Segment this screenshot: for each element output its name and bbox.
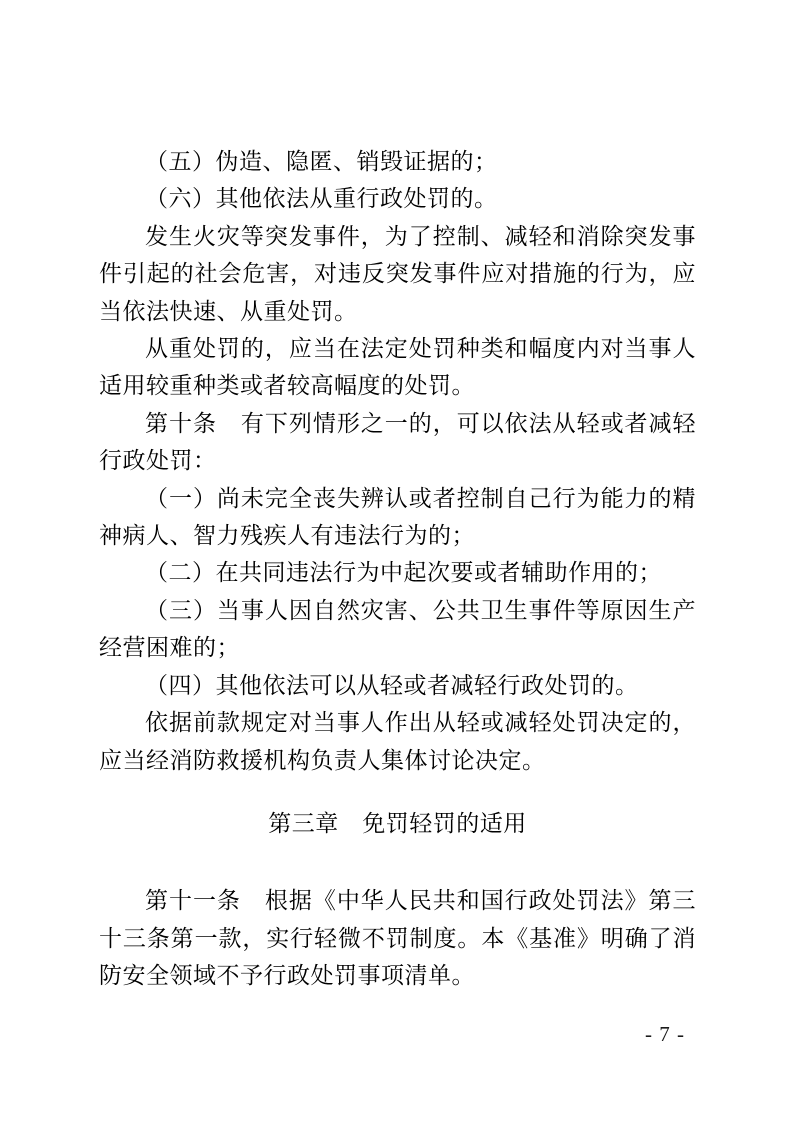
chapter-heading: 第三章 免罚轻罚的适用 [99,805,696,842]
document-body: （五）伪造、隐匿、销毁证据的；（六）其他依法从重行政处罚的。发生火灾等突发事件，… [99,143,696,995]
page-number: - 7 - [645,1022,685,1047]
paragraph: 第十一条 根据《中华人民共和国行政处罚法》第三十三条第一款，实行轻微不罚制度。本… [99,882,696,994]
paragraph: （六）其他依法从重行政处罚的。 [99,180,696,217]
paragraph: （三）当事人因自然灾害、公共卫生事件等原因生产经营困难的； [99,592,696,667]
paragraph: （二）在共同违法行为中起次要或者辅助作用的； [99,554,696,591]
paragraph: 依据前款规定对当事人作出从轻或减轻处罚决定的，应当经消防救援机构负责人集体讨论决… [99,704,696,779]
paragraph: （四）其他依法可以从轻或者减轻行政处罚的。 [99,667,696,704]
paragraph: 从重处罚的，应当在法定处罚种类和幅度内对当事人适用较重种类或者较高幅度的处罚。 [99,330,696,405]
paragraph: 发生火灾等突发事件，为了控制、减轻和消除突发事件引起的社会危害，对违反突发事件应… [99,218,696,330]
paragraph: （五）伪造、隐匿、销毁证据的； [99,143,696,180]
paragraph: 第十条 有下列情形之一的，可以依法从轻或者减轻行政处罚： [99,405,696,480]
document-page: （五）伪造、隐匿、销毁证据的；（六）其他依法从重行政处罚的。发生火灾等突发事件，… [0,0,793,1122]
paragraph: （一）尚未完全丧失辨认或者控制自己行为能力的精神病人、智力残疾人有违法行为的； [99,480,696,555]
